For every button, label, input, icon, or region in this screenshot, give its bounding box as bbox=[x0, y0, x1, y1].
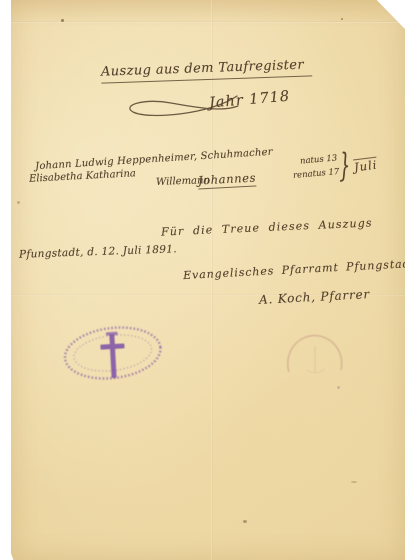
horizontal-crease-top bbox=[11, 21, 405, 23]
place-date-line: Pfungstadt, d. 12. Juli 1891. bbox=[19, 243, 177, 261]
cross-seal-icon bbox=[51, 313, 175, 405]
paper-speck bbox=[341, 18, 343, 20]
entry-father-line: Johann Ludwig Heppenheimer, Schuhmacher bbox=[35, 147, 273, 173]
entry-natus-line: natus 13 bbox=[300, 153, 338, 166]
office-line: Evangelisches Pfarramt Pfungstadt bbox=[183, 257, 408, 282]
entry-date-brace: } bbox=[339, 147, 351, 186]
entry-month: Juli bbox=[353, 158, 378, 175]
entry-renatus-line: renatus 17 bbox=[293, 167, 340, 181]
paper-speck bbox=[243, 520, 247, 523]
signature-line: A. Koch, Pfarrer bbox=[259, 287, 371, 307]
faint-arc-stamp-icon bbox=[273, 318, 357, 396]
document-scan: Auszug aus dem Taufregister Jahr 1718 Jo… bbox=[0, 0, 408, 560]
paper-speck bbox=[337, 386, 340, 389]
paper-speck bbox=[17, 201, 20, 204]
entry-child-name: Johannes bbox=[198, 170, 257, 189]
document-page: Auszug aus dem Taufregister Jahr 1718 Jo… bbox=[11, 0, 405, 560]
certification-line: Für die Treue dieses Auszugs bbox=[161, 216, 373, 238]
paper-speck bbox=[351, 481, 357, 483]
document-title: Auszug aus dem Taufregister bbox=[101, 57, 313, 83]
paper-speck bbox=[61, 19, 64, 22]
